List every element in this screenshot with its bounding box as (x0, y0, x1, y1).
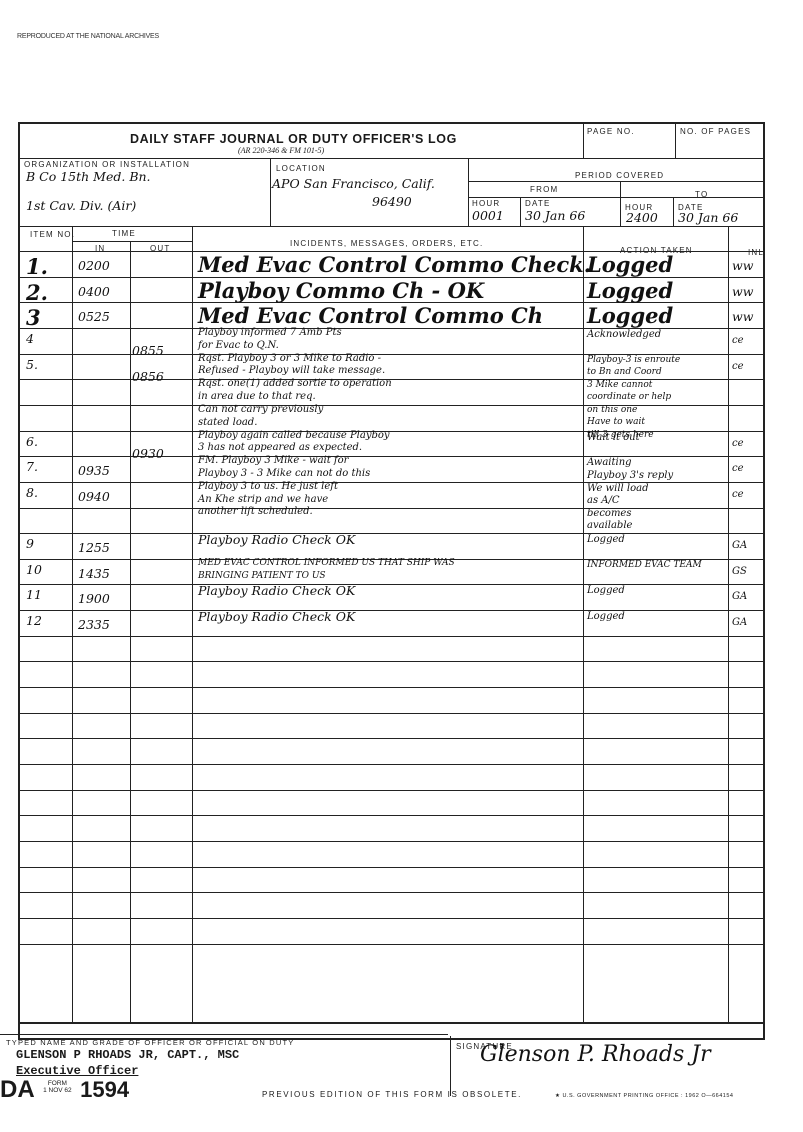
form-title: DAILY STAFF JOURNAL OR DUTY OFFICER'S LO… (130, 132, 457, 146)
typed-name-label: TYPED NAME AND GRADE OF OFFICER OR OFFIC… (6, 1038, 294, 1047)
time-in: 1435 (78, 566, 110, 581)
initials: ww (732, 284, 753, 299)
action-taken: We will load (587, 483, 648, 494)
incident-text: for Evac to Q.N. (198, 340, 279, 351)
form-word: FORM (48, 1080, 67, 1087)
initials: ce (732, 361, 744, 372)
incident-text: Rqst. one(1) added sortie to operation (198, 378, 392, 389)
from-date: 30 Jan 66 (525, 208, 585, 223)
incident-text: Refused - Playboy will take message. (198, 365, 385, 376)
incident-text: MED EVAC CONTROL INFORMED US THAT SHIP W… (198, 558, 455, 568)
incident-text: Rqst. Playboy 3 or 3 Mike to Radio - (198, 353, 381, 364)
inl-label: INL (748, 248, 764, 257)
action-taken: Acknowledged (587, 329, 661, 340)
signature: Glenson P. Rhoads Jr (480, 1042, 711, 1067)
incident-text: Med Evac Control Commo Ch (198, 303, 543, 328)
form-number: 1594 (80, 1077, 129, 1102)
item-number: 7. (26, 459, 38, 474)
incident-text: Playboy 3 - 3 Mike can not do this (198, 468, 370, 479)
incident-text: Can not carry previously (198, 404, 323, 415)
action-taken: INFORMED EVAC TEAM (587, 560, 702, 570)
time-in: 1255 (78, 540, 110, 555)
action-taken: Awaiting (587, 457, 632, 468)
time-out: 0855 (132, 343, 164, 358)
initials: GS (732, 566, 747, 577)
incident-text: Playboy informed 7 Amb Pts (198, 327, 342, 338)
incident-text: 3 has not appeared as expected. (198, 442, 362, 453)
printing-office: ★ U.S. GOVERNMENT PRINTING OFFICE : 1962… (555, 1093, 733, 1099)
item-number: 1. (26, 254, 48, 279)
item-no-label: ITEM NO. (30, 230, 75, 239)
officer-name: GLENSON P RHOADS JR, CAPT., MSC (16, 1048, 239, 1062)
item-number: 4 (26, 331, 34, 346)
action-taken: coordinate or help (587, 392, 671, 402)
item-number: 10 (26, 562, 42, 577)
from-date-label: DATE (525, 199, 551, 208)
incident-text: stated load. (198, 417, 257, 428)
time-in: 0400 (78, 284, 110, 299)
action-taken: as A/C (587, 495, 620, 506)
initials: ww (732, 258, 753, 273)
page-no-label: PAGE NO. (587, 127, 635, 136)
action-taken: Logged (587, 534, 625, 545)
incident-text: FM. Playboy 3 Mike - wait for (198, 455, 348, 466)
time-in: 2335 (78, 617, 110, 632)
incident-text: Playboy again called because Playboy (198, 430, 390, 441)
action-taken: to Bn and Coord (587, 367, 662, 377)
time-in: 0935 (78, 463, 110, 478)
action-taken: Wait it out (587, 432, 640, 443)
action-taken: Logged (587, 585, 625, 596)
initials: GA (732, 591, 747, 602)
incidents-label: INCIDENTS, MESSAGES, ORDERS, ETC. (290, 239, 483, 248)
from-hour: 0001 (472, 208, 504, 223)
time-out: 0930 (132, 446, 164, 461)
period-covered-label: PERIOD COVERED (575, 171, 664, 180)
incident-text: another lift scheduled. (198, 506, 313, 517)
incident-text: Playboy 3 to us. He just left (198, 481, 338, 492)
initials: ww (732, 309, 753, 324)
action-taken: 3 Mike cannot (587, 380, 652, 390)
incident-text: Playboy Radio Check OK (198, 583, 355, 598)
incident-text: Playboy Radio Check OK (198, 532, 355, 547)
time-in: 1900 (78, 591, 110, 606)
incident-text: Med Evac Control Commo Check. (198, 252, 591, 277)
from-label: FROM (530, 185, 558, 194)
to-date: 30 Jan 66 (678, 210, 738, 225)
time-label: TIME (112, 229, 136, 238)
item-number: 12 (26, 613, 42, 628)
incident-text: Playboy Radio Check OK (198, 609, 355, 624)
time-out: 0856 (132, 369, 164, 384)
initials: ce (732, 463, 744, 474)
form-prefix: DA (0, 1076, 35, 1103)
item-number: 2. (26, 280, 48, 305)
time-in: 0200 (78, 258, 110, 273)
initials: ce (732, 489, 744, 500)
organization-line1: B Co 15th Med. Bn. (26, 169, 151, 184)
action-taken: Playboy 3's reply (587, 470, 673, 481)
item-number: 11 (26, 587, 42, 602)
action-taken: Logged (587, 611, 625, 622)
time-in: 0525 (78, 309, 110, 324)
obsolete-notice: PREVIOUS EDITION OF THIS FORM IS OBSOLET… (262, 1090, 522, 1099)
archive-stamp: REPRODUCED AT THE NATIONAL ARCHIVES (17, 33, 159, 40)
organization-line2: 1st Cav. Div. (Air) (26, 198, 136, 213)
item-number: 6. (26, 434, 38, 449)
action-taken: Logged (587, 278, 673, 303)
action-taken: Logged (587, 303, 673, 328)
initials: ce (732, 438, 744, 449)
action-taken: available (587, 520, 632, 531)
initials: GA (732, 617, 747, 628)
no-of-pages-label: NO. OF PAGES (680, 127, 751, 136)
location-line2: 96490 (372, 194, 412, 209)
incident-text: Playboy Commo Ch - OK (198, 278, 484, 303)
form-regulation: (AR 220-346 & FM 101-5) (238, 146, 324, 155)
initials: ce (732, 335, 744, 346)
item-number: 3 (26, 305, 41, 330)
action-taken: becomes (587, 508, 631, 519)
location-label: LOCATION (276, 164, 326, 173)
incident-text: in area due to that req. (198, 391, 316, 402)
action-taken: Logged (587, 252, 673, 277)
form-number-block: DA FORM1 NOV 62 1594 (0, 1076, 129, 1104)
action-taken: Playboy-3 is enroute (587, 355, 680, 365)
item-number: 5. (26, 357, 38, 372)
time-in: 0940 (78, 489, 110, 504)
action-taken: on this one (587, 405, 637, 415)
initials: GA (732, 540, 747, 551)
organization-label: ORGANIZATION OR INSTALLATION (24, 160, 190, 169)
incident-text: BRINGING PATIENT TO US (198, 571, 326, 581)
item-number: 9 (26, 536, 34, 551)
form-date: 1 NOV 62 (43, 1087, 72, 1094)
to-hour: 2400 (626, 210, 658, 225)
location-line1: APO San Francisco, Calif. (272, 176, 435, 191)
duty-log-form: DAILY STAFF JOURNAL OR DUTY OFFICER'S LO… (18, 122, 765, 1040)
from-hour-label: HOUR (472, 199, 500, 208)
item-number: 8. (26, 485, 38, 500)
action-taken: Have to wait (587, 417, 645, 427)
incident-text: An Khe strip and we have (198, 494, 328, 505)
